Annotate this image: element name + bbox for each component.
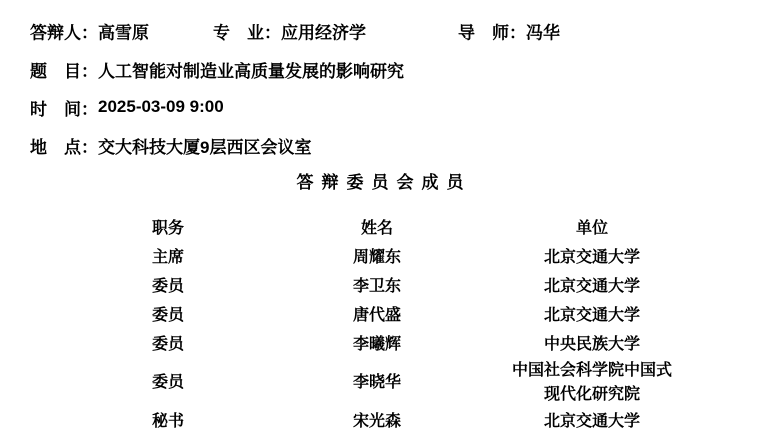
location-field: 地 点：交大科技大厦9层西区会议室 [30, 126, 760, 164]
member-role: 委员 [95, 371, 241, 395]
time-label: 时 间： [30, 95, 98, 120]
column-header-name: 姓名 [281, 217, 473, 241]
title-value: 人工智能对制造业高质量发展的影响研究 [98, 57, 404, 82]
location-label: 地 点： [30, 133, 98, 158]
committee-heading: 答辩委员会成员 [0, 171, 760, 195]
member-role: 委员 [95, 304, 241, 328]
member-role: 主席 [95, 246, 241, 270]
committee-table: 职务 姓名 单位 主席 周耀东 北京交通大学 委员 李卫东 北京交通大学 委员 … [0, 214, 760, 436]
advisor-field: 导 师：冯华 [458, 19, 560, 44]
info-line-1: 答辩人：高雪原 专 业：应用经济学 导 师：冯华 [30, 12, 760, 50]
defender-field: 答辩人：高雪原 [30, 19, 149, 44]
title-field: 题 目：人工智能对制造业高质量发展的影响研究 [30, 50, 760, 88]
defender-label: 答辩人： [30, 24, 98, 43]
time-field: 时 间：2025-03-09 9:00 [30, 88, 760, 126]
member-affiliation: 北京交通大学 [492, 410, 692, 434]
major-field: 专 业：应用经济学 [213, 19, 366, 44]
member-name: 李晓华 [281, 371, 473, 395]
member-name: 周耀东 [281, 246, 473, 270]
time-value: 2025-03-09 9:00 [98, 97, 224, 117]
member-affiliation: 北京交通大学 [492, 304, 692, 328]
advisor-value: 冯华 [526, 24, 560, 43]
member-name: 宋光森 [281, 410, 473, 434]
table-row: 主席 周耀东 北京交通大学 [0, 243, 760, 272]
column-header-role: 职务 [95, 217, 241, 241]
table-row: 委员 李曦辉 中央民族大学 [0, 330, 760, 359]
column-header-affiliation: 单位 [492, 217, 692, 241]
table-row: 委员 李晓华 中国社会科学院中国式 现代化研究院 [0, 359, 760, 407]
member-name: 唐代盛 [281, 304, 473, 328]
member-affiliation: 北京交通大学 [492, 275, 692, 299]
member-affiliation: 北京交通大学 [492, 246, 692, 270]
member-affiliation: 中国社会科学院中国式 现代化研究院 [492, 359, 692, 407]
advisor-label: 导 师： [458, 24, 526, 43]
major-value: 应用经济学 [281, 24, 366, 43]
member-affiliation: 中央民族大学 [492, 333, 692, 357]
info-block: 答辩人：高雪原 专 业：应用经济学 导 师：冯华 题 目：人工智能对制造业高质量… [0, 0, 760, 164]
major-label: 专 业： [213, 24, 281, 43]
table-row: 秘书 宋光森 北京交通大学 [0, 407, 760, 436]
member-role: 秘书 [95, 410, 241, 434]
table-row: 委员 唐代盛 北京交通大学 [0, 301, 760, 330]
member-role: 委员 [95, 275, 241, 299]
member-name: 李曦辉 [281, 333, 473, 357]
defender-value: 高雪原 [98, 24, 149, 43]
table-header-row: 职务 姓名 单位 [0, 214, 760, 243]
table-row: 委员 李卫东 北京交通大学 [0, 272, 760, 301]
member-name: 李卫东 [281, 275, 473, 299]
location-value: 交大科技大厦9层西区会议室 [98, 133, 311, 158]
member-role: 委员 [95, 333, 241, 357]
defense-notice-page: 答辩人：高雪原 专 业：应用经济学 导 师：冯华 题 目：人工智能对制造业高质量… [0, 0, 760, 441]
title-label: 题 目： [30, 57, 98, 82]
